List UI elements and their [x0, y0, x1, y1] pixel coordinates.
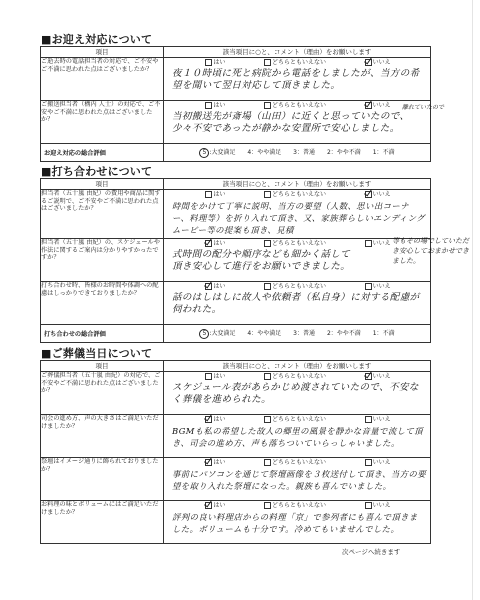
column-header-answer: 該当項目に○と、コメント（理由）をお願いします [164, 47, 431, 58]
column-header-answer: 該当項目に○と、コメント（理由）をお願いします [164, 179, 431, 190]
pickup-table: 項目 該当項目に○と、コメント（理由）をお願いします ご逝去時の電話担当者の対応… [40, 46, 431, 162]
choice-group: はい どちらともいえない いいえ [164, 282, 430, 291]
margin-note: 等もその場でしていただき安心しておまかせできました。 [392, 236, 472, 266]
handwritten-comment: 夜１０時頃に死と病院から電話をしましたが、当方の希望を聞いて翌日対応して頂きまし… [164, 67, 430, 94]
choice-yes[interactable]: はい [205, 282, 225, 291]
checkbox-checked-icon[interactable] [205, 240, 212, 247]
choice-neutral[interactable]: どちらともいえない [264, 458, 326, 467]
choice-neutral[interactable]: どちらともいえない [264, 239, 326, 248]
choice-neutral[interactable]: どちらともいえない [264, 415, 326, 424]
column-header-answer: 該当項目に○と、コメント（理由）をお願いします [164, 361, 431, 372]
question-text: ご搬送担当者（構内 人士）の対応で、ご不安やご不満に思われた点はございましたか？ [41, 101, 164, 144]
choice-yes[interactable]: はい [205, 458, 225, 467]
answer-cell: はい どちらともいえない いいえ スケジュール表があらかじめ渡されていたので、不… [164, 372, 431, 415]
rating-5[interactable]: 5:大変満足 [199, 330, 235, 337]
rating-3[interactable]: 3：普通 [293, 149, 315, 156]
choice-neutral[interactable]: どちらともいえない [264, 501, 326, 510]
checkbox-icon[interactable] [264, 59, 271, 66]
question-row: 担当者（五十嵐 由紀）の、スケジュールや作法に関するご案内は分かりやすかったです… [41, 239, 431, 282]
choice-neutral[interactable]: どちらともいえない [264, 101, 326, 110]
choice-no[interactable]: いいえ [365, 58, 391, 67]
checkbox-checked-icon[interactable] [365, 59, 372, 66]
question-row: 打ち合わせ時、皆様のお時間や体調への配慮はしっかりできておりましたか？ はい ど… [41, 282, 431, 325]
funeral-day-table: 項目 該当項目に○と、コメント（理由）をお願いします ご葬儀担当者（五十嵐 由紀… [40, 360, 431, 544]
rating-1[interactable]: 1：不満 [373, 149, 395, 156]
question-text: 祭壇はイメージ通りに飾られておりましたか？ [41, 458, 164, 501]
choice-group: はい どちらともいえない いいえ [164, 458, 430, 467]
answer-cell: はい どちらともいえない いいえ 夜１０時頃に死と病院から電話をしましたが、当方… [164, 58, 431, 101]
question-text: ご逝去時の電話担当者の対応で、ご不安やご不満に思われた点はございましたか？ [41, 58, 164, 101]
question-text: 担当者（五十嵐 由紀）の、スケジュールや作法に関するご案内は分かりやすかったです… [41, 239, 164, 282]
handwritten-comment: 評判の良い料理店からの料理「京」で参列者にも喜んで頂きました。ボリュームも十分で… [164, 510, 430, 537]
answer-cell: はい どちらともいえない いいえ 当初搬送先が斎場（山田）に近くと思っていたので… [164, 101, 431, 144]
choice-no[interactable]: いいえ [365, 458, 391, 467]
answer-cell: はい どちらともいえない いいえ 時間をかけて丁寧に説明、当方の要望（人数、思い… [164, 190, 431, 239]
checkbox-icon[interactable] [205, 102, 212, 109]
column-header-item: 項目 [41, 361, 164, 372]
choice-group: はい どちらともいえない いいえ [164, 501, 430, 510]
total-rating-row: 打ち合わせの総合評価 5:大変満足 4：やや満足 3：普通 2：やや不満 1：不… [41, 325, 431, 343]
total-rating-label: 打ち合わせの総合評価 [41, 325, 164, 343]
answer-cell: はい どちらともいえない いいえ 評判の良い料理店からの料理「京」で参列者にも喜… [164, 501, 431, 544]
checkbox-icon[interactable] [264, 191, 271, 198]
checkbox-icon[interactable] [205, 373, 212, 380]
choice-yes[interactable]: はい [205, 190, 225, 199]
choice-yes[interactable]: はい [205, 501, 225, 510]
checkbox-icon[interactable] [365, 416, 372, 423]
rating-4[interactable]: 4：やや満足 [247, 149, 281, 156]
survey-page: ■お迎え対応について 項目 該当項目に○と、コメント（理由）をお願いします ご逝… [0, 0, 480, 600]
choice-group: はい どちらともいえない いいえ [164, 58, 430, 67]
answer-cell: はい どちらともいえない いいえ BGMも私の希望した故人の郷里の風景を静かな音… [164, 415, 431, 458]
question-text: 担当者（五十嵐 由紀）の費用や商品に関するご説明で、ご不安やご不満に思われた点は… [41, 190, 164, 239]
question-text: お料理の味とボリュームにはご満足いただけましたか？ [41, 501, 164, 544]
question-row: ご逝去時の電話担当者の対応で、ご不安やご不満に思われた点はございましたか？ はい… [41, 58, 431, 101]
choice-no[interactable]: いいえ [365, 101, 391, 110]
question-row: 司会の進め方、声の大きさはご満足いただけましたか？ はい どちらともいえない い… [41, 415, 431, 458]
handwritten-comment: 式時間の配分や順序なども細かく話して頂き安心して進行をお願いできました。 [164, 248, 430, 275]
question-text: 打ち合わせ時、皆様のお時間や体調への配慮はしっかりできておりましたか？ [41, 282, 164, 325]
meeting-table: 項目 該当項目に○と、コメント（理由）をお願いします 担当者（五十嵐 由紀）の費… [40, 178, 431, 343]
checkbox-icon[interactable] [365, 283, 372, 290]
section-title-funeral-day: ■ご葬儀当日について [41, 345, 152, 361]
handwritten-comment: 話のはしはしに故人や依頼者（私自身）に対する配慮が伺われた。 [164, 291, 430, 318]
checkbox-icon[interactable] [365, 502, 372, 509]
handwritten-comment: スケジュール表があらかじめ渡されていたので、不安なく葬儀を進められた。 [164, 381, 430, 408]
question-row: 担当者（五十嵐 由紀）の費用や商品に関するご説明で、ご不安やご不満に思われた点は… [41, 190, 431, 239]
total-rating-label: お迎え対応の総合評価 [41, 144, 164, 162]
question-row: お料理の味とボリュームにはご満足いただけましたか？ はい どちらともいえない い… [41, 501, 431, 544]
rating-scale: 5:大変満足 4：やや満足 3：普通 2：やや不満 1：不満 [164, 144, 431, 162]
checkbox-icon[interactable] [264, 373, 271, 380]
question-text: 司会の進め方、声の大きさはご満足いただけましたか？ [41, 415, 164, 458]
checkbox-icon[interactable] [264, 240, 271, 247]
question-row: ご葬儀担当者（五十嵐 由紀）の対応で、ご不安やご不満に思われた点はございましたか… [41, 372, 431, 415]
question-row: 祭壇はイメージ通りに飾られておりましたか？ はい どちらともいえない いいえ 事… [41, 458, 431, 501]
handwritten-comment: 事前にパソコンを通じて祭壇画像を３枚送付して頂き、当方の要望を取り入れた祭壇にな… [164, 467, 430, 494]
checkbox-checked-icon[interactable] [205, 502, 212, 509]
choice-group: はい どちらともいえない いいえ [164, 372, 430, 381]
rating-4[interactable]: 4：やや満足 [247, 330, 281, 337]
choice-yes[interactable]: はい [205, 239, 225, 248]
section-title-pickup: ■お迎え対応について [41, 31, 152, 47]
section-title-meeting: ■打ち合わせについて [41, 163, 152, 179]
choice-neutral[interactable]: どちらともいえない [264, 190, 326, 199]
question-text: ご葬儀担当者（五十嵐 由紀）の対応で、ご不安やご不満に思われた点はございましたか… [41, 372, 164, 415]
choice-neutral[interactable]: どちらともいえない [264, 372, 326, 381]
choice-no[interactable]: いいえ [365, 190, 391, 199]
checkbox-icon[interactable] [264, 459, 271, 466]
checkbox-checked-icon[interactable] [205, 416, 212, 423]
choice-neutral[interactable]: どちらともいえない [264, 282, 326, 291]
scan-edge-line [472, 0, 473, 600]
checkbox-checked-icon[interactable] [205, 459, 212, 466]
margin-note: 離れていたので [402, 102, 444, 113]
handwritten-comment: BGMも私の希望した故人の郷里の風景を静かな音量で流して頂き、司会の進め方、声も… [164, 424, 430, 451]
column-header-item: 項目 [41, 47, 164, 58]
continued-next-page-note: 次ページへ続きます [342, 547, 400, 556]
choice-group: はい どちらともいえない いいえ [164, 101, 430, 110]
choice-no[interactable]: いいえ [365, 372, 391, 381]
choice-group: はい どちらともいえない いいえ [164, 415, 430, 424]
checkbox-icon[interactable] [264, 416, 271, 423]
choice-yes[interactable]: はい [205, 101, 225, 110]
rating-2[interactable]: 2：やや不満 [327, 149, 361, 156]
rating-5[interactable]: 5:大変満足 [199, 149, 235, 156]
checkbox-checked-icon[interactable] [205, 283, 212, 290]
choice-yes[interactable]: はい [205, 372, 225, 381]
answer-cell: はい どちらともいえない いいえ 事前にパソコンを通じて祭壇画像を３枚送付して頂… [164, 458, 431, 501]
checkbox-icon[interactable] [205, 59, 212, 66]
checkbox-icon[interactable] [205, 191, 212, 198]
handwritten-comment: 当初搬送先が斎場（山田）に近くと思っていたので、少々不安であったが静かな安置所で… [164, 110, 430, 137]
choice-group: はい どちらともいえない いいえ [164, 239, 430, 248]
choice-no[interactable]: いいえ [365, 282, 391, 291]
checkbox-icon[interactable] [264, 502, 271, 509]
checkbox-icon[interactable] [365, 240, 372, 247]
checkbox-icon[interactable] [365, 459, 372, 466]
checkbox-icon[interactable] [264, 102, 271, 109]
handwritten-comment: 時間をかけて丁寧に説明、当方の要望（人数、思い出コーナー、料理等）を折り入れて頂… [164, 199, 430, 238]
checkbox-checked-icon[interactable] [365, 102, 372, 109]
checkbox-checked-icon[interactable] [365, 191, 372, 198]
rating-scale: 5:大変満足 4：やや満足 3：普通 2：やや不満 1：不満 [164, 325, 431, 343]
choice-group: はい どちらともいえない いいえ [164, 190, 430, 199]
choice-yes[interactable]: はい [205, 58, 225, 67]
rating-2[interactable]: 2：やや不満 [327, 330, 361, 337]
answer-cell: はい どちらともいえない いいえ 式時間の配分や順序なども細かく話して頂き安心し… [164, 239, 431, 282]
answer-cell: はい どちらともいえない いいえ 話のはしはしに故人や依頼者（私自身）に対する配… [164, 282, 431, 325]
choice-no[interactable]: いいえ [365, 415, 391, 424]
choice-no[interactable]: いいえ [365, 501, 391, 510]
choice-neutral[interactable]: どちらともいえない [264, 58, 326, 67]
question-row: ご搬送担当者（構内 人士）の対応で、ご不安やご不満に思われた点はございましたか？… [41, 101, 431, 144]
checkbox-checked-icon[interactable] [365, 373, 372, 380]
rating-1[interactable]: 1：不満 [373, 330, 395, 337]
column-header-item: 項目 [41, 179, 164, 190]
total-rating-row: お迎え対応の総合評価 5:大変満足 4：やや満足 3：普通 2：やや不満 1：不… [41, 144, 431, 162]
rating-3[interactable]: 3：普通 [293, 330, 315, 337]
choice-yes[interactable]: はい [205, 415, 225, 424]
choice-no[interactable]: いいえ [365, 239, 391, 248]
checkbox-icon[interactable] [264, 283, 271, 290]
